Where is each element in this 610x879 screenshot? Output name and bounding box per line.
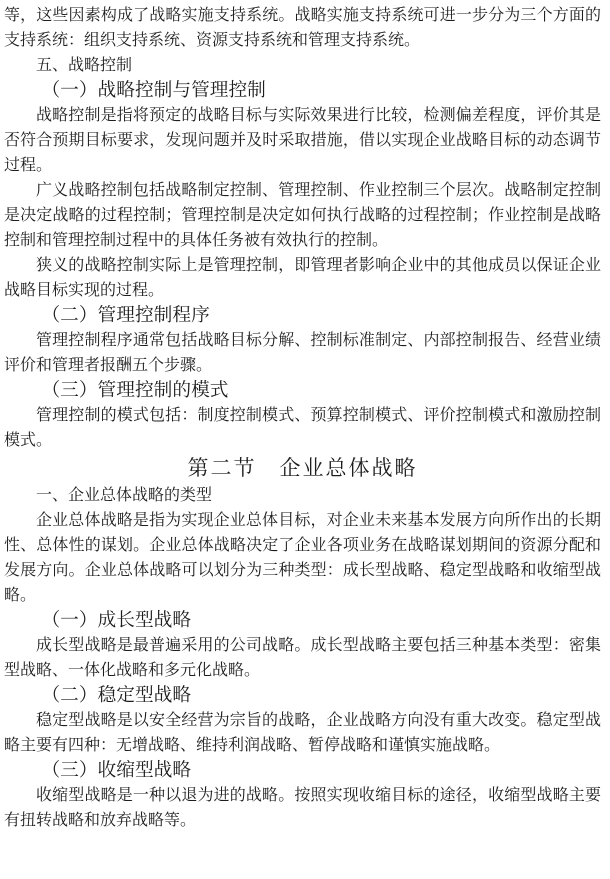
subsection-heading: （三）收缩型战略 <box>4 758 601 783</box>
body-paragraph: 战略控制是指将预定的战略目标与实际效果进行比较，检测偏差程度，评价其是否符合预期… <box>4 103 601 178</box>
numbered-section-heading: 一、企业总体战略的类型 <box>4 483 601 508</box>
document-page: 等，这些因素构成了战略实施支持系统。战略实施支持系统可进一步分为三个方面的支持系… <box>0 0 610 879</box>
subsection-heading: （一）成长型战略 <box>4 608 601 633</box>
body-paragraph: 狭义的战略控制实际上是管理控制，即管理者影响企业中的其他成员以保证企业战略目标实… <box>4 253 601 303</box>
numbered-section-heading: 五、战略控制 <box>4 53 601 78</box>
chapter-section-title: 第二节 企业总体战略 <box>4 453 601 483</box>
body-paragraph: 管理控制的模式包括：制度控制模式、预算控制模式、评价控制模式和激励控制模式。 <box>4 403 601 453</box>
subsection-heading: （一）战略控制与管理控制 <box>4 78 601 103</box>
body-paragraph: 稳定型战略是以安全经营为宗旨的战略，企业战略方向没有重大改变。稳定型战略主要有四… <box>4 708 601 758</box>
body-paragraph: 收缩型战略是一种以退为进的战略。按照实现收缩目标的途径，收缩型战略主要有扭转战略… <box>4 783 601 833</box>
subsection-heading: （三）管理控制的模式 <box>4 378 601 403</box>
document-content: 等，这些因素构成了战略实施支持系统。战略实施支持系统可进一步分为三个方面的支持系… <box>4 3 601 833</box>
body-paragraph: 管理控制程序通常包括战略目标分解、控制标准制定、内部控制报告、经营业绩评价和管理… <box>4 328 601 378</box>
body-paragraph: 企业总体战略是指为实现企业总体目标，对企业未来基本发展方向所作出的长期性、总体性… <box>4 508 601 608</box>
subsection-heading: （二）管理控制程序 <box>4 303 601 328</box>
subsection-heading: （二）稳定型战略 <box>4 683 601 708</box>
body-paragraph-continuation: 等，这些因素构成了战略实施支持系统。战略实施支持系统可进一步分为三个方面的支持系… <box>4 3 601 53</box>
body-paragraph: 成长型战略是最普遍采用的公司战略。成长型战略主要包括三种基本类型：密集型战略、一… <box>4 633 601 683</box>
body-paragraph: 广义战略控制包括战略制定控制、管理控制、作业控制三个层次。战略制定控制是决定战略… <box>4 178 601 253</box>
